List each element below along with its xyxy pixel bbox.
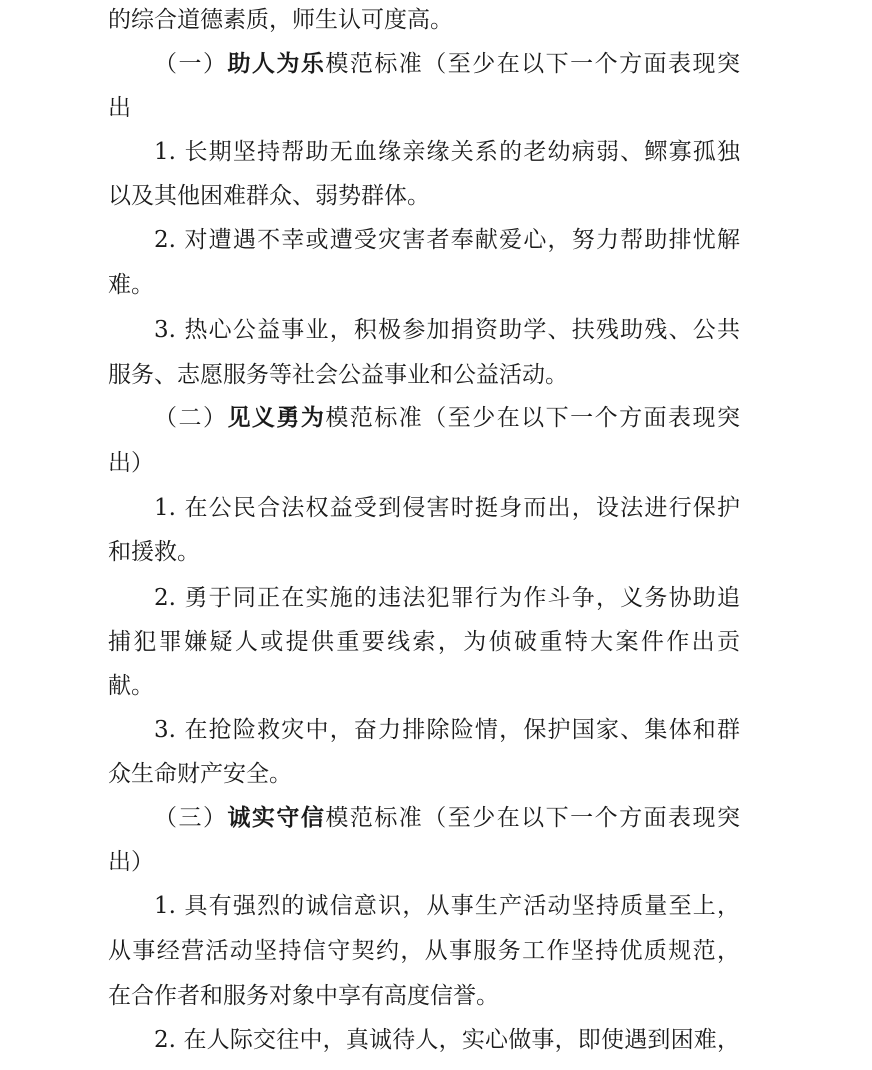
paragraph-line: 以及其他困难群众、弱势群体。: [108, 176, 740, 216]
heading-bold-title: 诚实守信: [227, 804, 325, 831]
list-item: 3. 热心公益事业，积极参加捐资助学、扶残助残、公共: [154, 310, 740, 350]
paragraph-line: 在合作者和服务对象中享有高度信誉。: [108, 976, 740, 1016]
section-heading-bravery: （二）见义勇为模范标准（至少在以下一个方面表现突: [154, 398, 740, 438]
heading-bold-title: 见义勇为: [227, 404, 325, 431]
paragraph-line: 出）: [108, 842, 740, 882]
paragraph-line: 众生命财产安全。: [108, 754, 740, 794]
paragraph-line: 出）: [108, 443, 740, 483]
heading-rest: 模范标准（至少在以下一个方面表现突: [325, 405, 740, 431]
heading-bold-title: 助人为乐: [227, 50, 325, 77]
list-item: 1. 具有强烈的诚信意识，从事生产活动坚持质量至上，: [154, 886, 740, 926]
paragraph-line: 捕犯罪嫌疑人或提供重要线索，为侦破重特大案件作出贡: [108, 622, 740, 662]
paragraph-line: 从事经营活动坚持信守契约，从事服务工作坚持优质规范，: [108, 931, 740, 971]
list-item: 1. 在公民合法权益受到侵害时挺身而出，设法进行保护: [154, 488, 740, 528]
paragraph-line: 的综合道德素质，师生认可度高。: [108, 0, 740, 40]
document-page: 的综合道德素质，师生认可度高。 （一）助人为乐模范标准（至少在以下一个方面表现突…: [0, 0, 872, 1070]
heading-rest: 模范标准（至少在以下一个方面表现突: [325, 805, 740, 831]
list-item: 1. 长期坚持帮助无血缘亲缘关系的老幼病弱、鳏寡孤独: [154, 132, 740, 172]
heading-number: （一）: [154, 51, 227, 77]
paragraph-line: 献。: [108, 666, 740, 706]
list-item: 2. 勇于同正在实施的违法犯罪行为作斗争，义务协助追: [154, 578, 740, 618]
paragraph-line: 出: [108, 88, 740, 128]
paragraph-line: 服务、志愿服务等社会公益事业和公益活动。: [108, 355, 740, 395]
list-item: 2. 在人际交往中，真诚待人，实心做事，即使遇到困难，: [154, 1020, 740, 1060]
list-item: 3. 在抢险救灾中，奋力排除险情，保护国家、集体和群: [154, 710, 740, 750]
section-heading-helping-others: （一）助人为乐模范标准（至少在以下一个方面表现突: [154, 44, 740, 84]
heading-rest: 模范标准（至少在以下一个方面表现突: [325, 51, 740, 77]
paragraph-line: 和援救。: [108, 532, 740, 572]
heading-number: （二）: [154, 405, 227, 431]
list-item: 2. 对遭遇不幸或遭受灾害者奉献爱心，努力帮助排忧解: [154, 220, 740, 260]
section-heading-honesty: （三）诚实守信模范标准（至少在以下一个方面表现突: [154, 798, 740, 838]
heading-number: （三）: [154, 805, 227, 831]
paragraph-line: 难。: [108, 265, 740, 305]
